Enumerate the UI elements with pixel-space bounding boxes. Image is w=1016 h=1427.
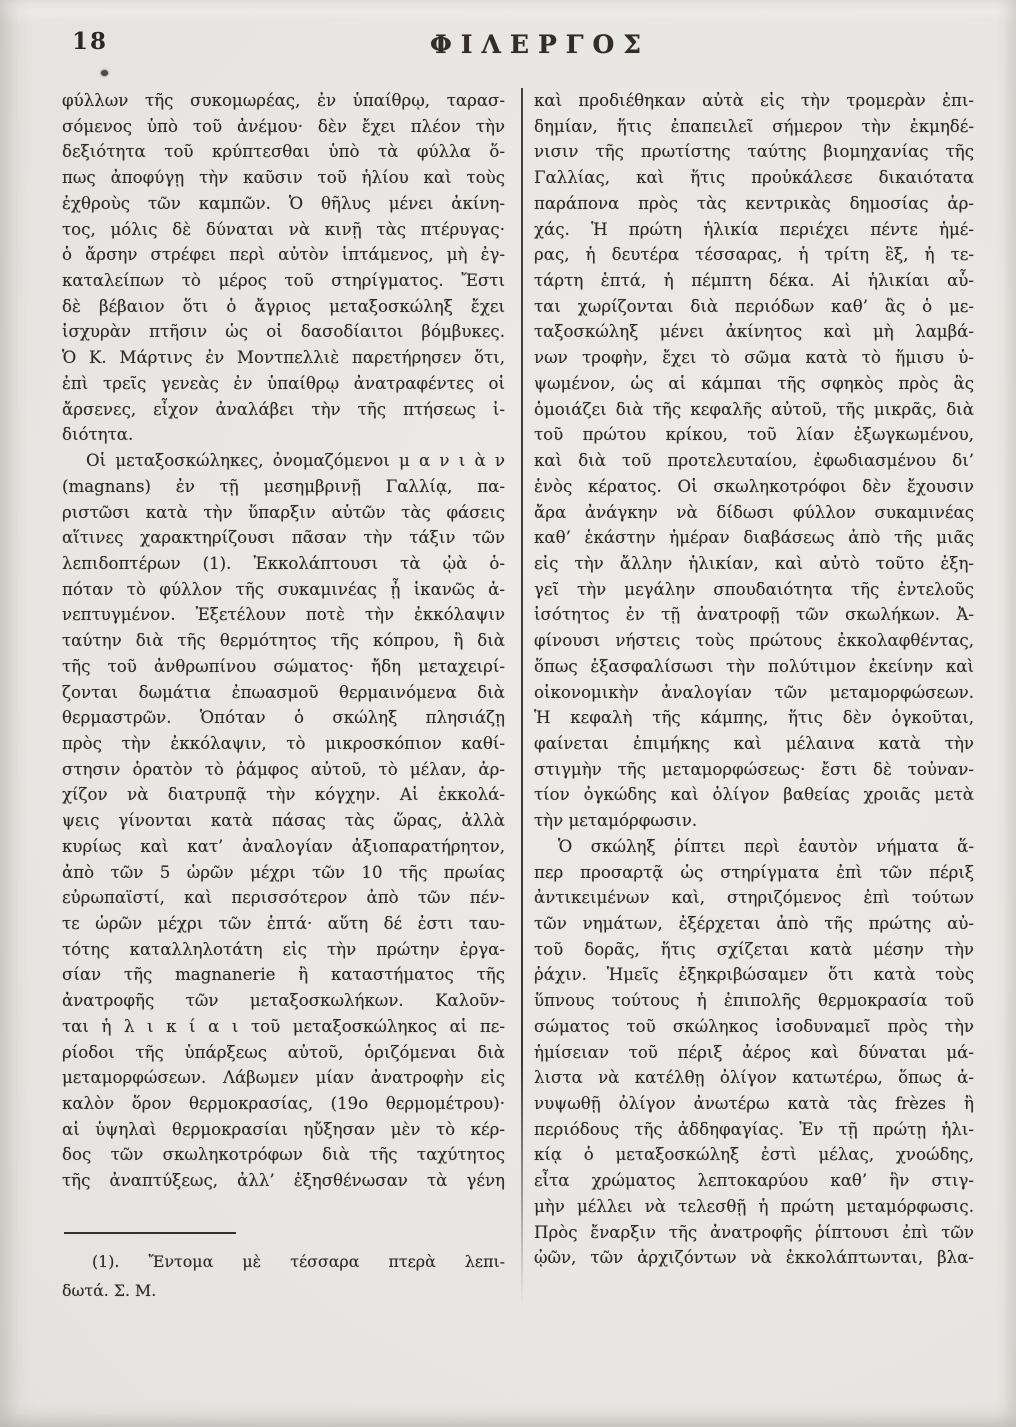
text-line: λεπιδοπτέρων (1). Ἐκκολάπτουσι τὰ ᾠὰ ὁ- [62, 551, 505, 577]
text-line: περιόδους τῆς ἀδδηφαγίας. Ἐν τῇ πρώτῃ ἡλ… [534, 1117, 974, 1143]
text-line: στιγμὴν τῆς μεταμορφώσεως· ἔστι δὲ τοὐνα… [534, 757, 974, 783]
footnote-separator-rule [64, 1232, 236, 1234]
text-line: τῶν νημάτων, ἐξέρχεται ἀπὸ τῆς πρώτης αὐ… [534, 911, 974, 937]
text-line: κίᾳ ὁ μεταξοσκώληξ ἐστὶ μέλας, χνοώδης, [534, 1142, 974, 1168]
text-line: τάρτη ἑπτά, ἡ πέμπτη δέκα. Αἱ ἡλικίαι αὗ… [534, 268, 974, 294]
text-line: ρίοδοι τῆς ὑπάρξεως αὐτοῦ, ὁριζόμεναι δι… [62, 1040, 505, 1066]
text-line: αἱ ὑψηλαὶ θερμοκρασίαι ηὔξησαν μὲν τὸ κέ… [62, 1117, 505, 1143]
text-line: Ὁ σκώληξ ῥίπτει περὶ ἑαυτὸν νήματα ἅ- [534, 834, 974, 860]
text-line: τε ὡρῶν μέχρι τῶν ἑπτά· αὕτη δέ ἐστι ταυ… [62, 911, 505, 937]
ink-spot [101, 70, 108, 76]
text-line: (magnans) ἐν τῇ μεσημβρινῇ Γαλλίᾳ, πα- [62, 474, 505, 500]
text-line: δημίαν, ἥτις ἐπαπειλεῖ σήμερον τὴν ἐκμηδ… [534, 114, 974, 140]
text-line: φίνουσι νήστεις τοὺς πρώτους ἐκκολαφθέντ… [534, 628, 974, 654]
text-line: τοῦ πρώτου κρίκου, τοῦ λίαν ἐξωγκωμένου, [534, 422, 974, 448]
text-line: δωτά. Σ. Μ. [62, 1276, 505, 1305]
text-line: ψεις γίνονται κατὰ πάσας τὰς ὥρας, ἀλλὰ [62, 808, 505, 834]
text-line: φαίνεται ἐπιμήκης καὶ μέλαινα κατὰ τὴν [534, 731, 974, 757]
text-line: αἵτινες χαρακτηρίζουσι πᾶσαν τὴν τάξιν τ… [62, 525, 505, 551]
text-line: ἐχθροὺς τῶν καμπῶν. Ὁ θῆλυς μένει ἀκίνη- [62, 191, 505, 217]
text-line: μεταμορφώσεων. Λάβωμεν μίαν ἀνατροφὴν εἰ… [62, 1065, 505, 1091]
text-line: ψωμένον, ὡς αἱ κάμπαι τῆς σφηκὸς πρὸς ἃς [534, 371, 974, 397]
text-line: κυρίως καὶ κατ’ ἀναλογίαν ἀξιοπαρατήρητο… [62, 834, 505, 860]
text-line: Πρὸς ἔναρξιν τῆς ἀνατροφῆς ῥίπτουσι ἐπὶ … [534, 1220, 974, 1246]
text-line: καθ’ ἑκάστην ἡμέραν διαβάσεως ἀπὸ τῆς μι… [534, 525, 974, 551]
text-line: εὐρωπαϊστί, καὶ περισσότερον ἀπὸ τῶν πέν… [62, 885, 505, 911]
text-line: ὕπνους τούτους ἡ ἐπιπολῆς θερμοκρασία το… [534, 988, 974, 1014]
paragraph: Ὁ σκώληξ ῥίπτει περὶ ἑαυτὸν νήματα ἅ-περ… [534, 834, 974, 1271]
text-line: ἑνὸς κέρατος. Οἱ σκωληκοτρόφοι δὲν ἔχουσ… [534, 474, 974, 500]
scanned-journal-page: 18 ΦΙΛΕΡΓΟΣ φύλλων τῆς συκομωρέας, ἐν ὑπ… [0, 0, 1016, 1427]
text-line: ται ἡ λ ι κ ί α ι τοῦ μεταξοσκώληκος αἱ … [62, 1014, 505, 1040]
text-line: νεπτυγμένον. Ἐξετέλουν ποτὲ τὴν ἐκκόλαψι… [62, 602, 505, 628]
text-line: χάς. Ἡ πρώτη ἡλικία περιέχει πέντε ἡμέ- [534, 217, 974, 243]
text-line: ρας, ἡ δευτέρα τέσσαρας, ἡ τρίτη ἓξ, ἡ τ… [534, 242, 974, 268]
text-line: γεῖ τὴν μεγάλην σπουδαιότητα τῆς ἐντελοῦ… [534, 577, 974, 603]
text-line: τῆς ἀναπτύξεως, ἀλλ’ ἐξησθένωσαν τὰ γένη [62, 1168, 505, 1194]
text-line: ὁ ἄρσην στρέφει περὶ αὐτὸν ἱπτάμενος, μὴ… [62, 242, 505, 268]
text-line: καὶ προδιέθηκαν αὐτὰ εἰς τὴν τρομερὰν ἐπ… [534, 88, 974, 114]
text-line: ἄρσενες, εἶχον ἀναλάβει τὴν τῆς πτήσεως … [62, 397, 505, 423]
text-line: ταύτην διὰ τῆς θερμότητος τῆς κόπρου, ἢ … [62, 628, 505, 654]
text-line: σώματος τοῦ σκώληκος ἰσοδυναμεῖ πρὸς τὴν [534, 1014, 974, 1040]
text-line: στησιν ὁρατὸν τὸ ῥάμφος αὐτοῦ, τὸ μέλαν,… [62, 757, 505, 783]
text-line: τοῦ δορᾶς, ἥτις σχίζεται κατὰ μέσην τὴν [534, 937, 974, 963]
text-line: πρὸς τὴν ἐκκόλαψιν, τὸ μικροσκόπιον καθί… [62, 731, 505, 757]
text-line: πως ἀποφύγῃ τὴν καῦσιν τοῦ ἡλίου καὶ τοὺ… [62, 165, 505, 191]
text-line: τὴν μεταμόρφωσιν. [534, 808, 974, 834]
text-line: ζονται δωμάτια ἐπωασμοῦ θερμαινόμενα διὰ [62, 680, 505, 706]
text-line: Ὁ Κ. Μάρτινς ἐν Μοντπελλιὲ παρετήρησεν ὅ… [62, 345, 505, 371]
text-line: ἄρα ἀνάγκην νὰ δίδωσι φύλλον συκαμινέας [534, 500, 974, 526]
text-line: Γαλλίας, καὶ ἥτις προὐκάλεσε δικαιότατα [534, 165, 974, 191]
right-column: καὶ προδιέθηκαν αὐτὰ εἰς τὴν τρομερὰν ἐπ… [534, 88, 974, 1305]
text-line: Οἱ μεταξοσκώληκες, ὀνομαζόμενοι μ α ν ι … [62, 448, 505, 474]
text-line: θερμαστρῶν. Ὁπόταν ὁ σκώληξ πλησιάζῃ [62, 705, 505, 731]
text-line: ἐπὶ τρεῖς γενεὰς ἐν ὑπαίθρῳ ἀνατραφέντες… [62, 371, 505, 397]
text-line: πόταν τὸ φύλλον τῆς συκαμινέας ᾖ ἱκανῶς … [62, 577, 505, 603]
footnote: (1). Ἔντομα μὲ τέσσαρα πτερὰ λεπι-δωτά. … [62, 1247, 505, 1305]
text-line: ριστῶσι κατὰ τὴν ὕπαρξιν αὑτῶν τὰς φάσει… [62, 500, 505, 526]
text-line: τότης καταλληλοτάτη εἰς τὴν πρώτην ἐργα- [62, 937, 505, 963]
text-line: λιστα νὰ κατέλθῃ ὀλίγον κατωτέρω, ὅπως ἀ… [534, 1065, 974, 1091]
text-line: ᾠῶν, τῶν ἀρχιζόντων νὰ ἐκκολάπτωνται, βλ… [534, 1245, 974, 1271]
text-line: Ἡ κεφαλὴ τῆς κάμπης, ἥτις δὲν ὀγκοῦται, [534, 705, 974, 731]
text-line: χίζον νὰ διατρυπᾷ τὴν κόγχην. Αἱ ἐκκολά- [62, 782, 505, 808]
text-line: δος τῶν σκωληκοτρόφων διὰ τῆς ταχύτητος [62, 1142, 505, 1168]
text-line: ται χωρίζονται διὰ περιόδων καθ’ ἃς ὁ με… [534, 294, 974, 320]
text-line: οἰκονομικὴν ἀναλογίαν τῶν μεταμορφώσεων. [534, 680, 974, 706]
text-line: διότητα. [62, 422, 505, 448]
paragraph: Οἱ μεταξοσκώληκες, ὀνομαζόμενοι μ α ν ι … [62, 448, 505, 1194]
text-line: ἰσότητος ἐν τῇ ἀνατροφῇ τῶν σκωλήκων. Ἀ- [534, 602, 974, 628]
text-line: εἰς τὴν ἄλλην ἡλικίαν, καὶ αὐτὸ τοῦτο ἐξ… [534, 551, 974, 577]
right-column-text: καὶ προδιέθηκαν αὐτὰ εἰς τὴν τρομερὰν ἐπ… [534, 88, 974, 1271]
text-line: εἶτα χρώματος λεπτοκαρύου καθ’ ἣν στιγ- [534, 1168, 974, 1194]
column-divider-rule [521, 88, 523, 1305]
text-line: τίον ὀγκώδης καὶ ὀλίγον βαθείας χροιᾶς μ… [534, 782, 974, 808]
text-line: νισιν τῆς πρωτίστης ταύτης βιομηχανίας τ… [534, 139, 974, 165]
text-line: ὅπως ἐξασφαλίσωσι τὴν πολύτιμον ἐκείνην … [534, 654, 974, 680]
paragraph: καὶ προδιέθηκαν αὐτὰ εἰς τὴν τρομερὰν ἐπ… [534, 88, 974, 834]
journal-title: ΦΙΛΕΡΓΟΣ [32, 30, 1016, 59]
text-line: νων τροφὴν, ἔχει τὸ σῶμα κατὰ τὸ ἥμισυ ὑ… [534, 345, 974, 371]
text-line: ἀντικειμένων καὶ, στηριζόμενος ἐπὶ τούτω… [534, 885, 974, 911]
text-line: δεξιότητα τοῦ κρύπτεσθαι ὑπὸ τὰ φύλλα ὅ- [62, 139, 505, 165]
text-line: καλὸν ὅρον θερμοκρασίας, (19ο θερμομέτρο… [62, 1091, 505, 1117]
text-line: σίαν τῆς magnanerie ἢ καταστήματος τῆς [62, 962, 505, 988]
text-line: ἡμίσειαν τοῦ πέριξ ἀέρος καὶ δύναται μά- [534, 1040, 974, 1066]
paragraph: (1). Ἔντομα μὲ τέσσαρα πτερὰ λεπι-δωτά. … [62, 1247, 505, 1305]
text-line: καὶ διὰ τοῦ προτελευταίου, ἐφωδιασμένου … [534, 448, 974, 474]
text-line: καταλείπων τὸ μέρος τοῦ στηρίγματος. Ἔστ… [62, 268, 505, 294]
text-line: ἀνατροφῆς τῶν μεταξοσκωλήκων. Καλοῦν- [62, 988, 505, 1014]
text-line: τος, μόλις δὲ δύναται νὰ κινῇ τὰς πτέρυγ… [62, 217, 505, 243]
text-line: σόμενος ὑπὸ τοῦ ἀνέμου· δὲν ἔχει πλέον τ… [62, 114, 505, 140]
text-line: περ προσαρτᾷ ὡς στηρίγματα ἐπὶ τῶν πέριξ [534, 860, 974, 886]
text-body: φύλλων τῆς συκομωρέας, ἐν ὑπαίθρῳ, ταρασ… [62, 88, 974, 1305]
text-line: (1). Ἔντομα μὲ τέσσαρα πτερὰ λεπι- [62, 1247, 505, 1276]
text-line: ταξοσκώληξ μένει ἀκίνητος καὶ μὴ λαμβά- [534, 319, 974, 345]
paragraph: φύλλων τῆς συκομωρέας, ἐν ὑπαίθρῳ, ταρασ… [62, 88, 505, 448]
text-line: νυψωθῇ ὀλίγον ἀνωτέρω κατὰ τὰς frèzes ἢ [534, 1091, 974, 1117]
text-line: φύλλων τῆς συκομωρέας, ἐν ὑπαίθρῳ, ταρασ… [62, 88, 505, 114]
text-line: τῆς τοῦ ἀνθρωπίνου σώματος· ἤδη μεταχειρ… [62, 654, 505, 680]
text-line: ὁμοιάζει διὰ τῆς κεφαλῆς αὐτοῦ, τῆς μικρ… [534, 397, 974, 423]
left-column-text: φύλλων τῆς συκομωρέας, ἐν ὑπαίθρῳ, ταρασ… [62, 88, 505, 1194]
text-line: ἰσχυρὰν πτῆσιν ὡς οἱ δασοδίαιτοι βόμβυκε… [62, 319, 505, 345]
text-line: μὴν μέλλει νὰ τελεσθῇ ἡ πρώτη μεταμόρφωσ… [534, 1194, 974, 1220]
left-column: φύλλων τῆς συκομωρέας, ἐν ὑπαίθρῳ, ταρασ… [62, 88, 505, 1305]
text-line: ἀπὸ τῶν 5 ὡρῶν μέχρι τῶν 10 τῆς πρωίας [62, 860, 505, 886]
text-line: ῥάχιν. Ἡμεῖς ἐξηκριβώσαμεν ὅτι κατὰ τοὺς [534, 962, 974, 988]
text-line: παράπονα πρὸς τὰς κεντρικὰς δημοσίας ἀρ- [534, 191, 974, 217]
text-line: δὲ βέβαιον ὅτι ὁ ἄγριος μεταξοσκώληξ ἔχε… [62, 294, 505, 320]
